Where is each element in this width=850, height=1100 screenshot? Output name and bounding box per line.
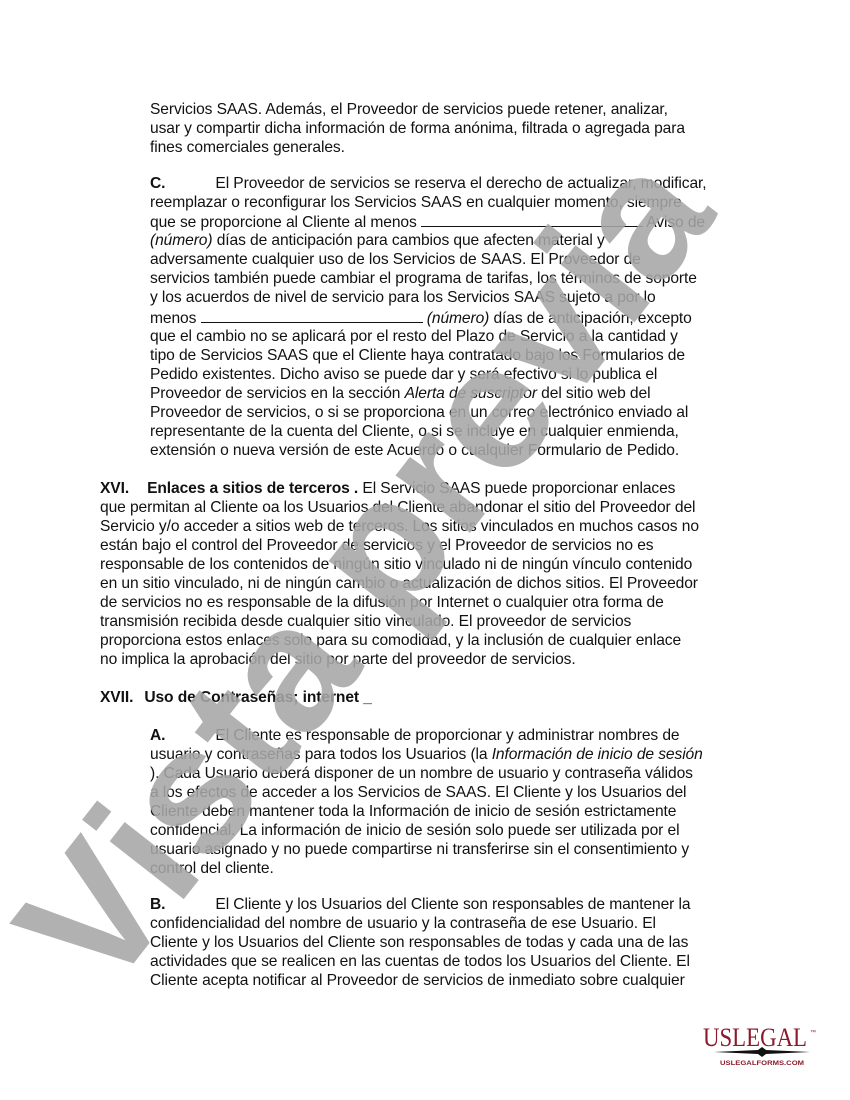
logo-url: USLEGALFORMS.COM — [720, 1060, 804, 1067]
text-line: Proveedor de servicios en la sección Ale… — [150, 384, 650, 403]
text-line: confidencialidad del nombre de usuario y… — [150, 914, 656, 933]
text-line: ). Cada Usuario deberá disponer de un no… — [150, 764, 693, 783]
section-title: Enlaces a sitios de terceros . — [147, 480, 358, 497]
text: que se proporcione al Cliente al menos — [150, 214, 417, 231]
text: (número) — [427, 310, 489, 327]
section-number: XVI. — [100, 480, 129, 497]
fill-in-blank[interactable] — [421, 212, 643, 227]
text-line: confidencial. La información de inicio d… — [150, 821, 679, 840]
text-line: usuario y contraseñas para todos los Usu… — [150, 745, 703, 764]
text: menos — [150, 310, 196, 327]
text-line: de servicios no es responsable de la dif… — [100, 593, 664, 612]
text-line: Cliente acepta notificar al Proveedor de… — [150, 971, 685, 990]
text-line: a los efectos de acceder a los Servicios… — [150, 783, 686, 802]
text: El Cliente y los Usuarios del Cliente so… — [215, 896, 690, 913]
text-line: extensión o nueva versión de este Acuerd… — [150, 441, 679, 460]
text-line: menos (número) días de anticipación, exc… — [150, 308, 692, 328]
text-line: usuario asignado y no puede compartirse … — [150, 840, 689, 859]
text: días de anticipación, excepto — [489, 310, 691, 327]
text-line: servicios también puede cambiar el progr… — [150, 269, 697, 288]
text-line: (número) días de anticipación para cambi… — [150, 231, 605, 250]
text-line: Cliente y los Usuarios del Cliente son r… — [150, 933, 688, 952]
text: Proveedor de servicios en la sección — [150, 385, 405, 402]
text-line: proporciona estos enlaces solo para su c… — [100, 631, 681, 650]
fill-in-blank[interactable] — [201, 308, 423, 323]
text: del sitio web del — [537, 385, 651, 402]
section-number: XVII. — [100, 689, 133, 706]
text-line: usar y compartir dicha información de fo… — [150, 119, 685, 138]
paragraph-label: B. — [150, 896, 165, 913]
text: Aviso de — [646, 214, 705, 231]
text: El Proveedor de servicios se reserva el … — [215, 175, 706, 192]
section-xvi-heading: XVI.Enlaces a sitios de terceros . El Se… — [100, 479, 675, 498]
text: El Cliente es responsable de proporciona… — [215, 727, 679, 744]
paragraph-b-line: B.El Cliente y los Usuarios del Cliente … — [150, 895, 690, 914]
text-line: control del cliente. — [150, 859, 274, 878]
text-line: Servicio y/o acceder a sitios web de ter… — [100, 517, 699, 536]
text-line: que se proporcione al Cliente al menos A… — [150, 212, 705, 232]
section-xvii-heading: XVII.Uso de Contraseñas; internet _ — [100, 688, 372, 707]
text-line: en un sitio vinculado, ni de ningún camb… — [100, 574, 698, 593]
text-line: que permitan al Cliente oa los Usuarios … — [100, 498, 695, 517]
paragraph-label: A. — [150, 727, 165, 744]
text-line: Servicios SAAS. Además, el Proveedor de … — [150, 100, 668, 119]
paragraph-label: C. — [150, 175, 165, 192]
text-line: adversamente cualquier uso de los Servic… — [150, 250, 641, 269]
section-title: Uso de Contraseñas; internet _ — [144, 689, 372, 706]
text-line: no implica la aprobación del sitio por p… — [100, 650, 576, 669]
text: Alerta de suscriptor — [405, 385, 537, 402]
text-line: responsable de los contenidos de ningún … — [100, 555, 692, 574]
text-line: fines comerciales generales. — [150, 138, 345, 157]
uslegal-logo: USLEGAL ™ USLEGALFORMS.COM — [700, 1022, 825, 1072]
logo-brand: USLEGAL — [703, 1023, 807, 1052]
text-line: actividades que se realicen en las cuent… — [150, 952, 690, 971]
text-line: que el cambio no se aplicará por el rest… — [150, 327, 678, 346]
logo-tm: ™ — [810, 1029, 816, 1036]
text: usuario y contraseñas para todos los Usu… — [150, 746, 492, 763]
text-line: y los acuerdos de nivel de servicio para… — [150, 288, 656, 307]
text-line: Proveedor de servicios, o si se proporci… — [150, 403, 688, 422]
paragraph-a-line: A.El Cliente es responsable de proporcio… — [150, 726, 679, 745]
text: El Servicio SAAS puede proporcionar enla… — [358, 480, 675, 497]
text-line: representante de la cuenta del Cliente, … — [150, 422, 679, 441]
text-line: reemplazar o reconfigurar los Servicios … — [150, 193, 682, 212]
text: (número) — [150, 232, 212, 249]
text-line: Cliente deben mantener toda la Informaci… — [150, 802, 676, 821]
text: Información de inicio de sesión — [492, 746, 703, 763]
text-line: tipo de Servicios SAAS que el Cliente ha… — [150, 346, 685, 365]
text: días de anticipación para cambios que af… — [212, 232, 604, 249]
paragraph-c-line: C.El Proveedor de servicios se reserva e… — [150, 174, 706, 193]
text-line: Pedido existentes. Dicho aviso se puede … — [150, 365, 657, 384]
text-line: están bajo el control del Proveedor de s… — [100, 536, 653, 555]
text-line: transmisión recibida desde cualquier sit… — [100, 612, 631, 631]
